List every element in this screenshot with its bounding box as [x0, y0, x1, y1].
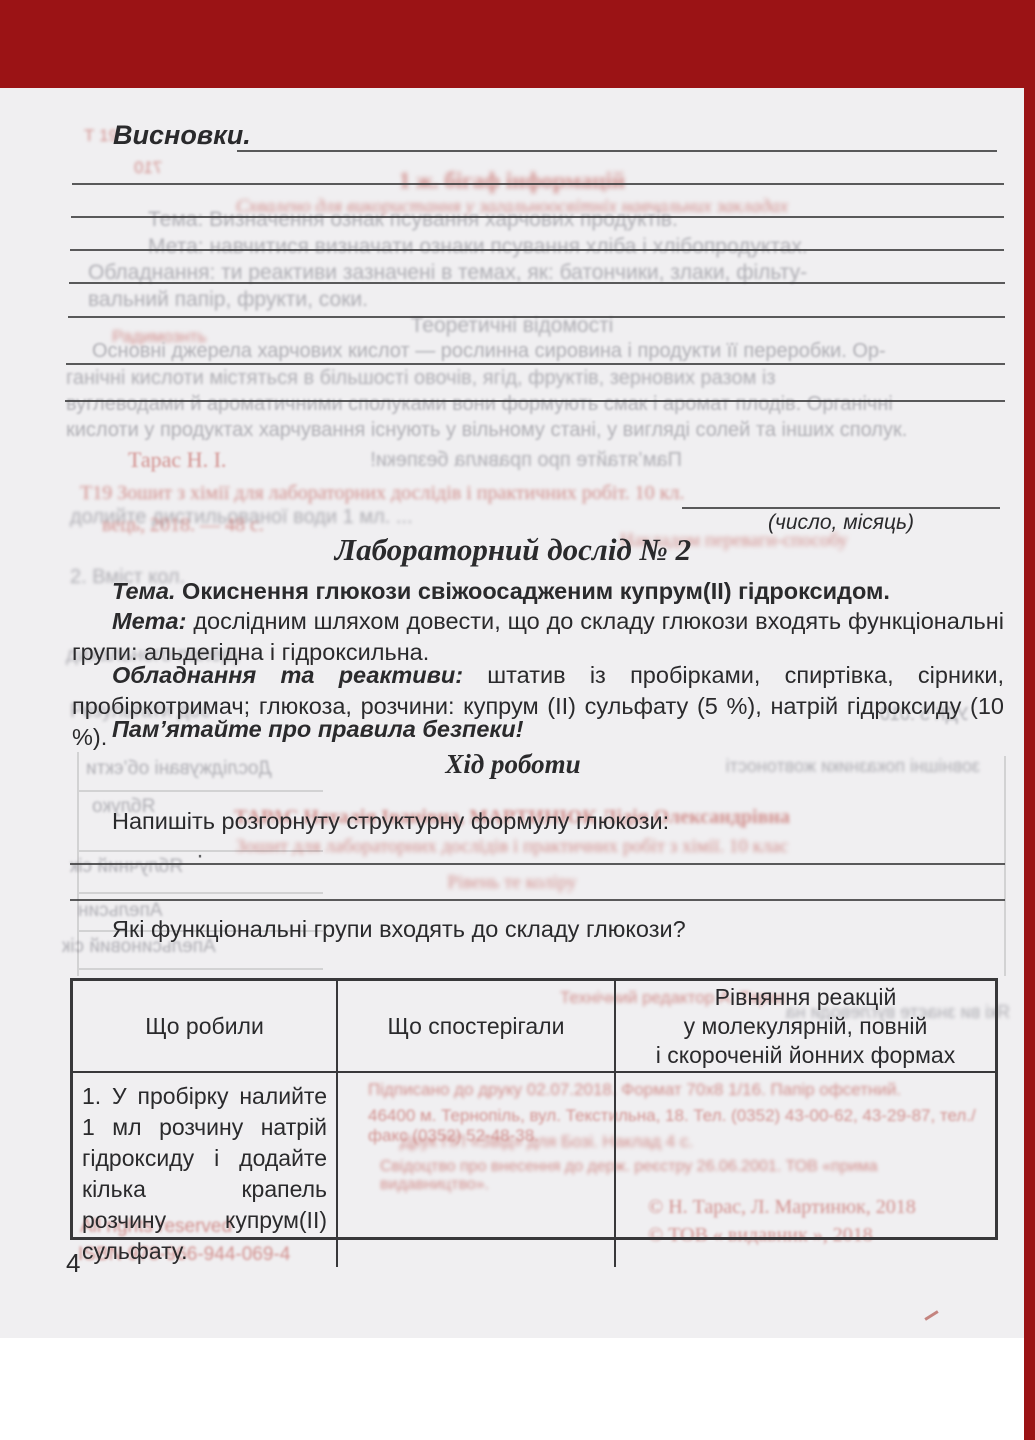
table-header-what-did: Що робили	[73, 981, 336, 1071]
table-header-equations: Рівняння реакцій у молекулярній, повній …	[614, 981, 995, 1071]
safety-note: Пам’ятайте про правила безпеки!	[112, 714, 524, 745]
table-row1-equations	[614, 1071, 995, 1267]
red-right-band	[1024, 0, 1035, 1440]
goal-label: Мета:	[112, 608, 186, 634]
question-functional-groups: Які функціональні групи входять до склад…	[72, 914, 1004, 945]
table-row1-what-did: 1. У пробірку налийте 1 мл розчину натрі…	[73, 1071, 336, 1267]
lab-experiment-title: Лабораторний дослід № 2	[48, 532, 978, 568]
conclusions-label: Висновки.	[113, 120, 251, 151]
question-structural-formula: Напишіть розгорнуту структурну формулу г…	[72, 806, 1004, 837]
scanned-workbook-page: Т 197101 ж. бігаф інформаційСхвалено для…	[0, 0, 1035, 1440]
theme-text: Окиснення глюкози свіжоосадженим купрум(…	[182, 578, 890, 604]
goal-paragraph: Мета: дослідним шляхом довести, що до ск…	[72, 606, 1004, 668]
goal-text: дослідним шляхом довести, що до складу г…	[72, 608, 1004, 665]
theme-paragraph: Тема. Окиснення глюкози свіжоосадженим к…	[72, 576, 1004, 607]
table-row1-what-observed	[336, 1071, 614, 1267]
results-table: Що робили Що спостерігали Рівняння реакц…	[70, 978, 998, 1240]
theme-label: Тема.	[112, 578, 176, 604]
equipment-label: Обладнання та реактиви:	[112, 662, 463, 688]
procedure-heading: Хід роботи	[48, 749, 978, 780]
table-header-what-observed: Що спостерігали	[336, 981, 614, 1071]
page-number: 4	[66, 1248, 80, 1279]
red-top-band	[0, 0, 1035, 88]
